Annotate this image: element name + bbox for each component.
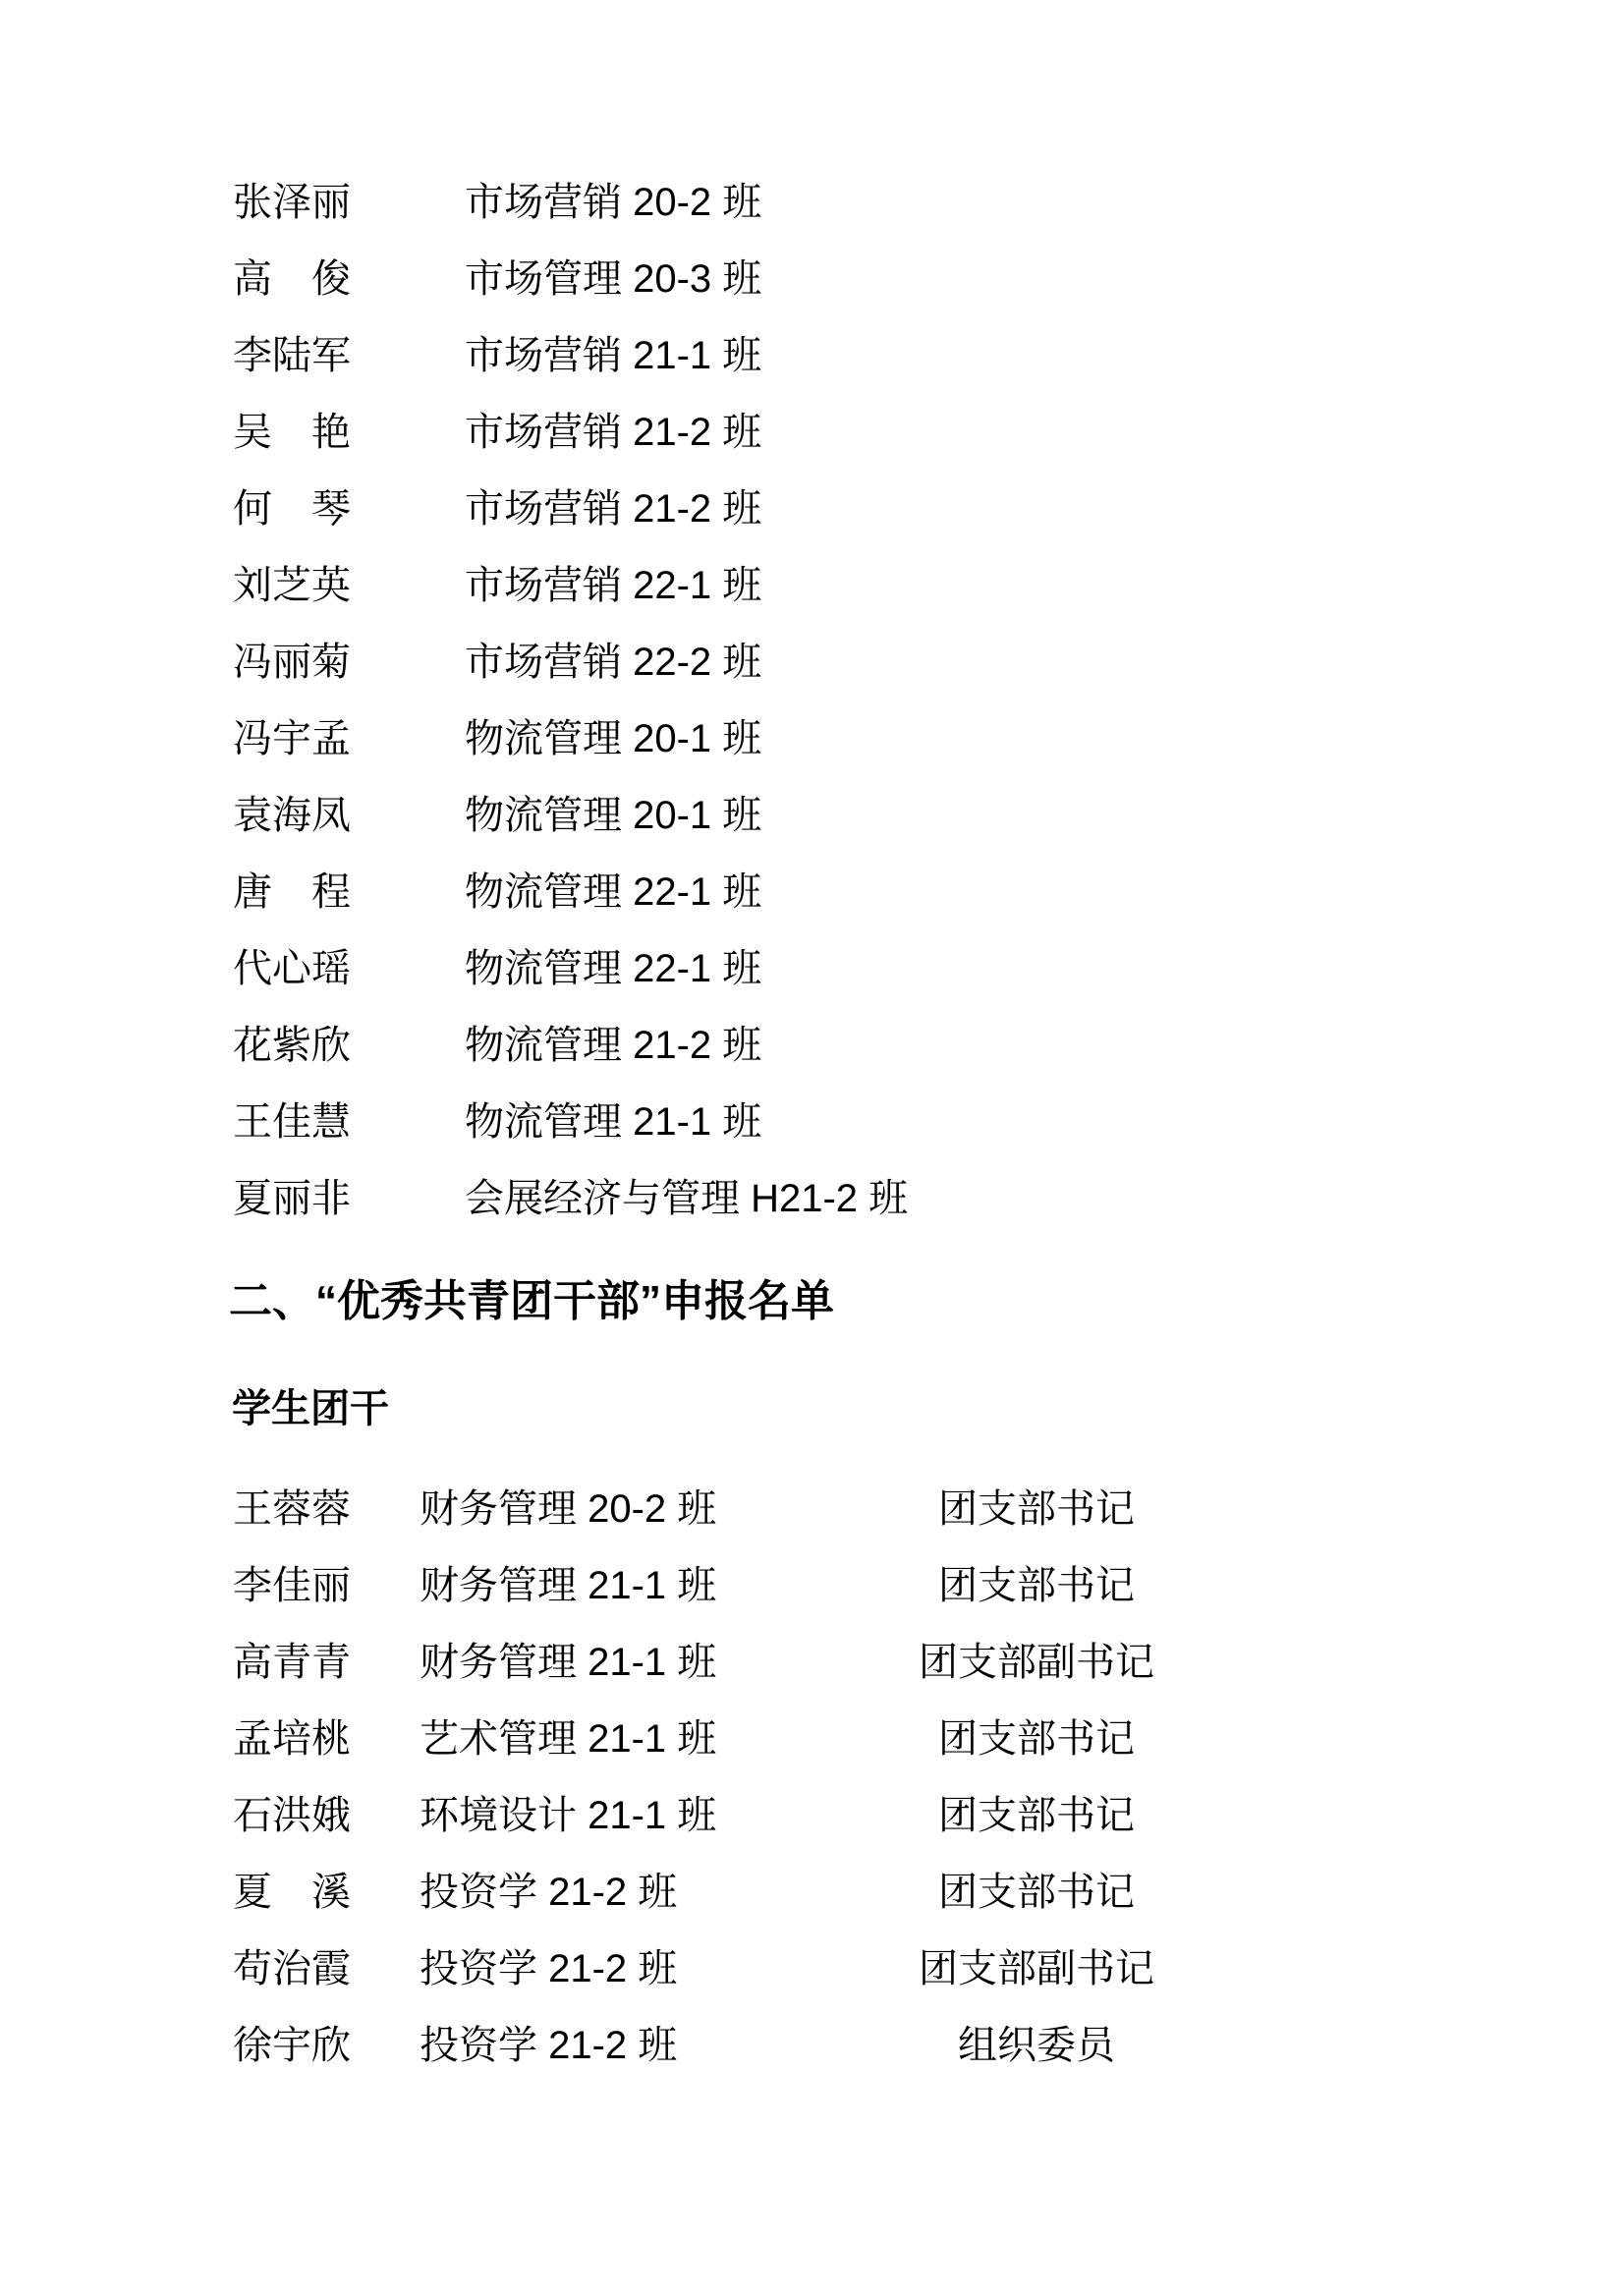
student-name: 花紫欣 xyxy=(233,1025,351,1066)
student-name: 袁海凤 xyxy=(233,795,351,836)
list-row: 唐 程物流管理 22-1 班 xyxy=(0,871,1624,921)
student-class: 市场营销 22-2 班 xyxy=(465,642,761,683)
student-name: 夏丽非 xyxy=(233,1178,351,1219)
list-row: 李陆军市场营销 21-1 班 xyxy=(0,335,1624,384)
student-name: 石洪娥 xyxy=(233,1795,351,1836)
student-class: 财务管理 20-2 班 xyxy=(420,1488,716,1530)
student-class: 财务管理 21-1 班 xyxy=(420,1565,716,1606)
list-row: 苟治霞投资学 21-2 班团支部副书记 xyxy=(0,1948,1624,1997)
student-name: 夏 溪 xyxy=(233,1872,351,1913)
student-role: 组织委员 xyxy=(874,2025,1199,2066)
list-row: 吴 艳市场营销 21-2 班 xyxy=(0,412,1624,461)
student-class: 投资学 21-2 班 xyxy=(420,1872,677,1913)
student-name: 唐 程 xyxy=(233,871,351,913)
student-class: 艺术管理 21-1 班 xyxy=(420,1718,716,1760)
document-page: 张泽丽市场营销 20-2 班高 俊市场管理 20-3 班李陆军市场营销 21-1… xyxy=(0,0,1624,2296)
student-name: 王蓉蓉 xyxy=(233,1488,351,1530)
list-row: 李佳丽财务管理 21-1 班团支部书记 xyxy=(0,1565,1624,1614)
student-class: 市场管理 20-3 班 xyxy=(465,258,761,300)
student-class: 市场营销 21-2 班 xyxy=(465,488,761,530)
student-role: 团支部书记 xyxy=(874,1565,1199,1606)
student-class: 财务管理 21-1 班 xyxy=(420,1642,716,1683)
student-name: 高 俊 xyxy=(233,258,351,300)
student-name: 李佳丽 xyxy=(233,1565,351,1606)
list-row: 高青青财务管理 21-1 班团支部副书记 xyxy=(0,1642,1624,1691)
student-name: 刘芝英 xyxy=(233,565,351,606)
student-role: 团支部副书记 xyxy=(874,1642,1199,1683)
student-name: 徐宇欣 xyxy=(233,2025,351,2066)
student-role: 团支部书记 xyxy=(874,1795,1199,1836)
student-role: 团支部书记 xyxy=(874,1488,1199,1530)
list-row: 代心瑶物流管理 22-1 班 xyxy=(0,948,1624,997)
list-row: 刘芝英市场营销 22-1 班 xyxy=(0,565,1624,614)
list-row: 花紫欣物流管理 21-2 班 xyxy=(0,1025,1624,1074)
student-class: 投资学 21-2 班 xyxy=(420,2025,677,2066)
student-name: 冯宇孟 xyxy=(233,718,351,759)
list-row: 张泽丽市场营销 20-2 班 xyxy=(0,182,1624,231)
list-row: 孟培桃艺术管理 21-1 班团支部书记 xyxy=(0,1718,1624,1767)
student-role: 团支部书记 xyxy=(874,1718,1199,1760)
student-name: 吴 艳 xyxy=(233,412,351,453)
student-class: 投资学 21-2 班 xyxy=(420,1948,677,1989)
student-name: 代心瑶 xyxy=(233,948,351,989)
list-row: 王佳慧物流管理 21-1 班 xyxy=(0,1101,1624,1150)
student-class: 市场营销 21-2 班 xyxy=(465,412,761,453)
student-name: 孟培桃 xyxy=(233,1718,351,1760)
list-row: 袁海凤物流管理 20-1 班 xyxy=(0,795,1624,844)
student-name: 张泽丽 xyxy=(233,182,351,223)
student-class: 市场营销 21-1 班 xyxy=(465,335,761,376)
student-class: 市场营销 22-1 班 xyxy=(465,565,761,606)
list-row: 王蓉蓉财务管理 20-2 班团支部书记 xyxy=(0,1488,1624,1538)
student-name: 苟治霞 xyxy=(233,1948,351,1989)
student-class: 物流管理 20-1 班 xyxy=(465,718,761,759)
list-row: 夏 溪投资学 21-2 班团支部书记 xyxy=(0,1872,1624,1921)
student-class: 物流管理 22-1 班 xyxy=(465,871,761,913)
list-row: 高 俊市场管理 20-3 班 xyxy=(0,258,1624,308)
list-row: 冯丽菊市场营销 22-2 班 xyxy=(0,642,1624,691)
student-role: 团支部书记 xyxy=(874,1872,1199,1913)
student-class: 物流管理 21-1 班 xyxy=(465,1101,761,1143)
student-name: 冯丽菊 xyxy=(233,642,351,683)
student-name: 李陆军 xyxy=(233,335,351,376)
student-name: 何 琴 xyxy=(233,488,351,530)
student-class: 环境设计 21-1 班 xyxy=(420,1795,716,1836)
list-row: 夏丽非会展经济与管理 H21-2 班 xyxy=(0,1178,1624,1227)
list-row: 徐宇欣投资学 21-2 班组织委员 xyxy=(0,2025,1624,2074)
section-heading: 二、“优秀共青团干部”申报名单 xyxy=(229,1278,834,1325)
list-row: 石洪娥环境设计 21-1 班团支部书记 xyxy=(0,1795,1624,1844)
list-row: 何 琴市场营销 21-2 班 xyxy=(0,488,1624,537)
student-class: 物流管理 21-2 班 xyxy=(465,1025,761,1066)
student-role: 团支部副书记 xyxy=(874,1948,1199,1989)
student-class: 物流管理 22-1 班 xyxy=(465,948,761,989)
student-name: 高青青 xyxy=(233,1642,351,1683)
list-row: 冯宇孟物流管理 20-1 班 xyxy=(0,718,1624,767)
student-name: 王佳慧 xyxy=(233,1101,351,1143)
student-class: 会展经济与管理 H21-2 班 xyxy=(465,1178,908,1219)
student-class: 物流管理 20-1 班 xyxy=(465,795,761,836)
subsection-heading: 学生团干 xyxy=(232,1387,389,1430)
student-class: 市场营销 20-2 班 xyxy=(465,182,761,223)
